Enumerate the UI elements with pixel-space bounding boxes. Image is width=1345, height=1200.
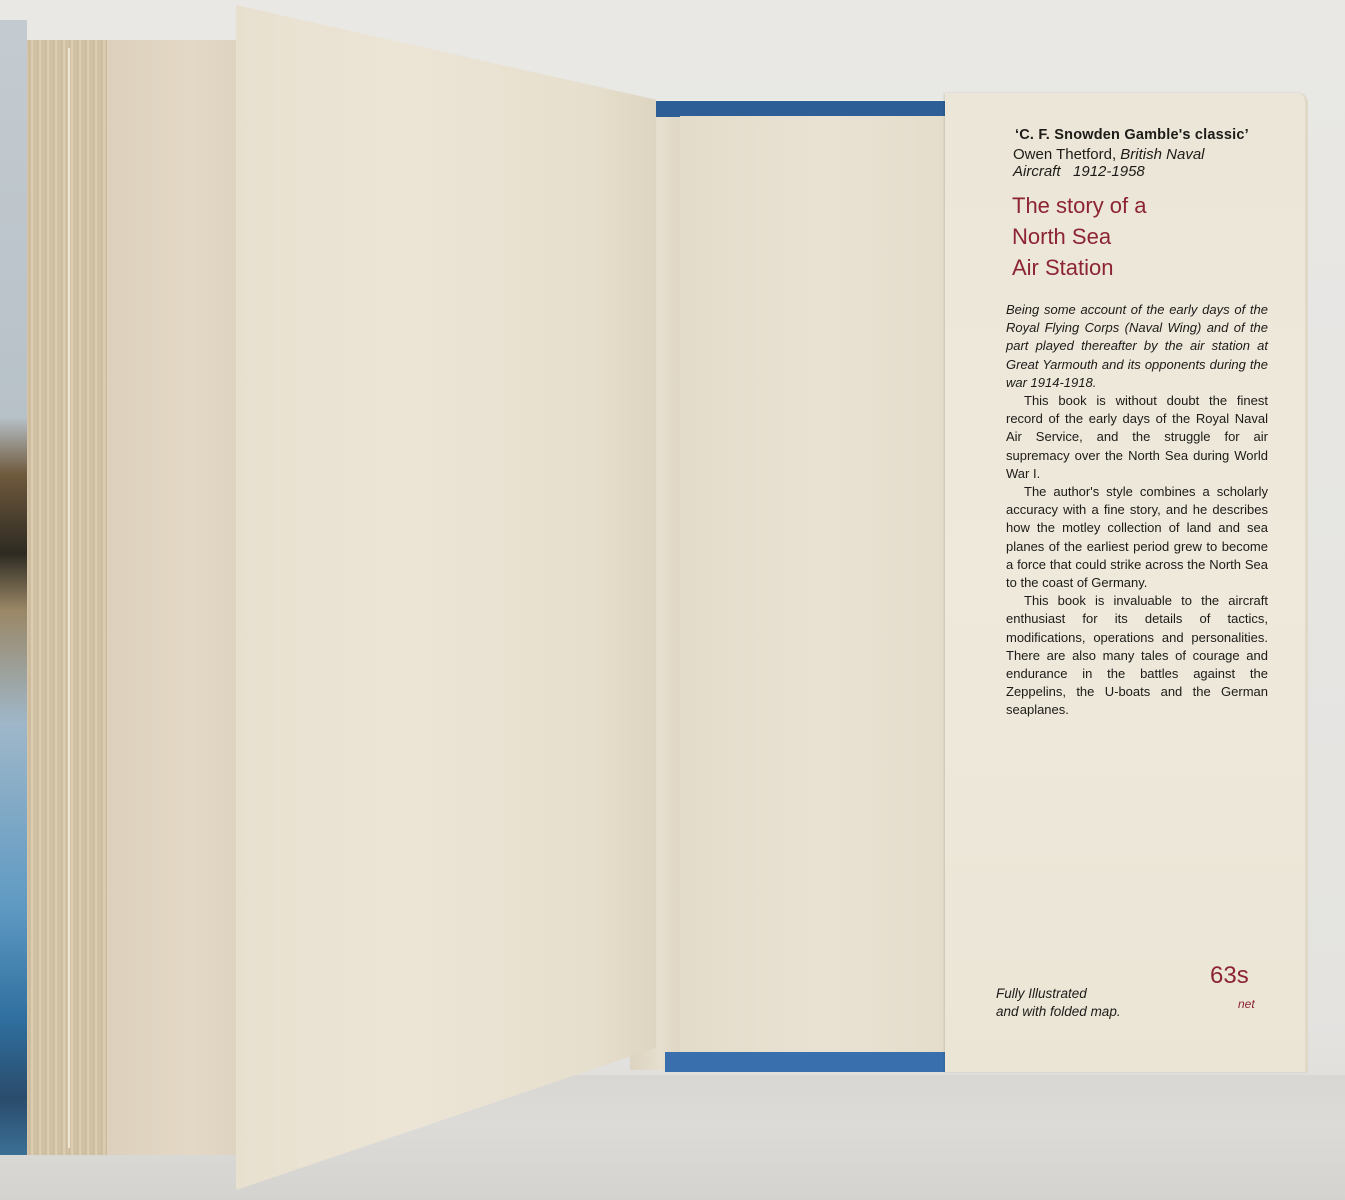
pastedown-endpaper xyxy=(680,116,970,1052)
dust-jacket-spine-art xyxy=(0,20,27,1155)
illustration-note-line: Fully Illustrated xyxy=(996,985,1121,1003)
price-suffix: net xyxy=(1238,997,1255,1011)
subtitle-line: Air Station xyxy=(1012,252,1268,283)
flap-text-block: ‘C. F. Snowden Gamble's classic’ Owen Th… xyxy=(1000,127,1268,720)
blurb-paragraph: The author's style combines a scholarly … xyxy=(1006,483,1268,592)
blurb: Being some account of the early days of … xyxy=(1006,301,1268,720)
review-quote: ‘C. F. Snowden Gamble's classic’ xyxy=(1015,127,1268,143)
blurb-paragraph: This book is without doubt the finest re… xyxy=(1006,392,1268,483)
blue-cloth-board-bottom xyxy=(665,1052,955,1072)
free-endpaper[interactable] xyxy=(236,5,656,1190)
citation-author: Owen Thetford, xyxy=(1013,146,1116,163)
citation-title-cont: Aircraft xyxy=(1013,163,1061,180)
price: 63s xyxy=(1210,962,1249,990)
first-page xyxy=(107,40,247,1155)
subtitle-line: The story of a xyxy=(1012,190,1268,221)
citation-years: 1912-1958 xyxy=(1073,163,1145,180)
illustration-note-line: and with folded map. xyxy=(996,1003,1121,1021)
blurb-paragraph: This book is invaluable to the aircraft … xyxy=(1006,592,1268,719)
illustration-note: Fully Illustrated and with folded map. xyxy=(996,985,1121,1021)
blurb-intro: Being some account of the early days of … xyxy=(1006,301,1268,392)
page-block-highlight xyxy=(68,48,70,1148)
citation-title: British Naval xyxy=(1120,146,1204,163)
subtitle-line: North Sea xyxy=(1012,221,1268,252)
blue-cloth-board-top xyxy=(655,100,955,117)
book-subtitle: The story of a North Sea Air Station xyxy=(1012,190,1268,283)
review-citation: Owen Thetford, British Naval Aircraft 19… xyxy=(1013,146,1268,180)
